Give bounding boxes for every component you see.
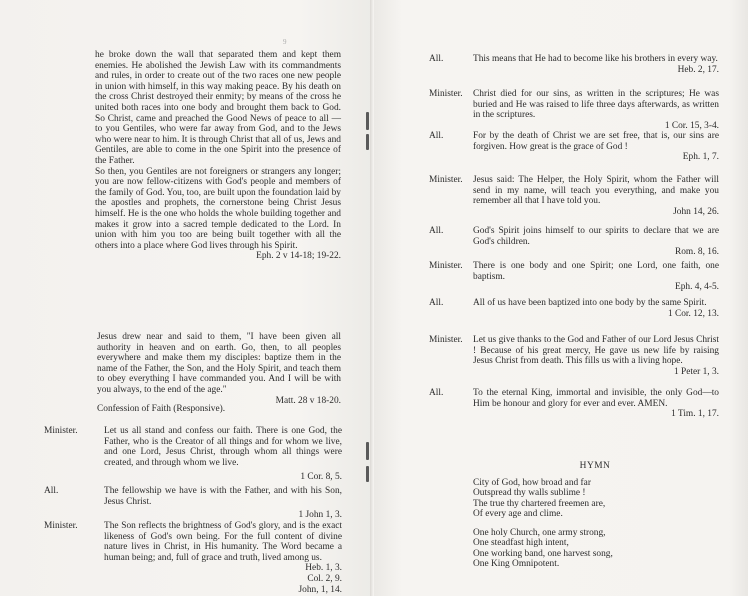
hymn-line: One working band, one harvest song, <box>473 549 719 559</box>
ephesians-passage: he broke down the wall that separated th… <box>95 50 341 262</box>
booklet-spread: 9 he broke down the wall that separated … <box>0 0 748 596</box>
speaker-label: All. <box>429 54 473 75</box>
response-row: Minister. The Son reflects the brightnes… <box>44 521 342 595</box>
response-text: The Son reflects the brightness of God's… <box>104 521 342 563</box>
scripture-reference: Eph. 2 v 14-18; 19-22. <box>95 251 341 262</box>
speaker-label: Minister. <box>44 521 104 595</box>
hymn-title: HYMN <box>472 461 718 471</box>
response-row: All.God's Spirit joins himself to our sp… <box>429 226 719 258</box>
response-text: To the eternal King, immortal and invisi… <box>473 388 719 409</box>
scripture-reference: 1 Tim. 1, 17. <box>473 409 719 420</box>
hymn-line: One holy Church, one army strong, <box>473 528 719 538</box>
response-row: All.All of us have been baptized into on… <box>429 298 719 319</box>
center-fold <box>370 0 374 596</box>
scripture-reference: Heb. 2, 17. <box>473 65 719 76</box>
speaker-label: Minister. <box>429 335 473 377</box>
response-text: God's Spirit joins himself to our spirit… <box>473 226 719 247</box>
scripture-reference: Eph. 4, 4-5. <box>473 282 719 293</box>
response-row: All.For by the death of Christ we are se… <box>429 131 719 163</box>
staple <box>366 134 369 150</box>
response-row: Minister. Let us all stand and confess o… <box>44 426 342 483</box>
scripture-reference: 1 Cor. 8, 5. <box>104 472 342 483</box>
speaker-label: All. <box>429 388 473 420</box>
response-text: For by the death of Christ we are set fr… <box>473 131 719 152</box>
passage-paragraph: So then, you Gentiles are not foreigners… <box>95 167 341 252</box>
scripture-reference: 1 Cor. 12, 13. <box>473 309 719 320</box>
response-row: Minister.There is one body and one Spiri… <box>429 261 719 293</box>
staple <box>366 466 369 482</box>
response-text: All of us have been baptized into one bo… <box>473 298 719 309</box>
staple <box>366 442 369 460</box>
response-text: Let us give thanks to the God and Father… <box>473 335 719 367</box>
hymn-verse: One holy Church, one army strong, One st… <box>473 528 719 570</box>
hymn-line: Of every age and clime. <box>473 509 719 519</box>
scripture-reference: Eph. 1, 7. <box>473 152 719 163</box>
speaker-label: All. <box>429 131 473 163</box>
response-row: All.To the eternal King, immortal and in… <box>429 388 719 420</box>
staple <box>366 112 369 130</box>
response-text: There is one body and one Spirit; one Lo… <box>473 261 719 282</box>
speaker-label: Minister. <box>44 426 104 483</box>
response-row: Minister.Jesus said: The Helper, the Hol… <box>429 175 719 217</box>
hymn-verse: City of God, how broad and far Outspread… <box>473 478 719 520</box>
hymn-line: One King Omnipotent. <box>473 559 719 569</box>
speaker-label: Minister. <box>429 89 473 131</box>
hymn-line: City of God, how broad and far <box>473 478 719 488</box>
scripture-reference: 1 Peter 1, 3. <box>473 367 719 378</box>
response-row: Minister.Christ died for our sins, as wr… <box>429 89 719 131</box>
response-row: All. The fellowship we have is with the … <box>44 486 342 521</box>
speaker-label: All. <box>44 486 104 521</box>
scripture-reference: 1 Cor. 15, 3-4. <box>473 121 719 132</box>
response-text: Christ died for our sins, as written in … <box>473 89 719 121</box>
speaker-label: Minister. <box>429 175 473 217</box>
response-text: This means that He had to become like hi… <box>473 54 719 65</box>
scripture-reference: 1 John 1, 3. <box>104 510 342 521</box>
scripture-reference: John 14, 26. <box>473 207 719 218</box>
passage-paragraph: Jesus drew near and said to them, "I hav… <box>97 332 341 396</box>
response-text: The fellowship we have is with the Fathe… <box>104 486 342 507</box>
matthew-passage: Jesus drew near and said to them, "I hav… <box>97 332 341 406</box>
speaker-label: Minister. <box>429 261 473 293</box>
response-text: Jesus said: The Helper, the Holy Spirit,… <box>473 175 719 207</box>
response-row: All.This means that He had to become lik… <box>429 54 719 75</box>
speaker-label: All. <box>429 298 473 319</box>
hymn-line: One steadfast high intent, <box>473 538 719 548</box>
response-text: Let us all stand and confess our faith. … <box>104 426 342 468</box>
scripture-reference: Rom. 8, 16. <box>473 247 719 258</box>
passage-paragraph: he broke down the wall that separated th… <box>95 50 341 167</box>
scripture-reference: Col. 2, 9. <box>104 574 342 585</box>
scripture-reference: Heb. 1, 3. <box>104 563 342 574</box>
speaker-label: All. <box>429 226 473 258</box>
hymn-line: The true thy chartered freemen are, <box>473 499 719 509</box>
confession-heading: Confession of Faith (Responsive). <box>97 404 341 415</box>
response-row: Minister.Let us give thanks to the God a… <box>429 335 719 377</box>
hymn-line: Outspread thy walls sublime ! <box>473 488 719 498</box>
scripture-reference: John, 1, 14. <box>104 585 342 596</box>
page-number: 9 <box>283 38 287 46</box>
left-page: 9 he broke down the wall that separated … <box>0 0 372 596</box>
